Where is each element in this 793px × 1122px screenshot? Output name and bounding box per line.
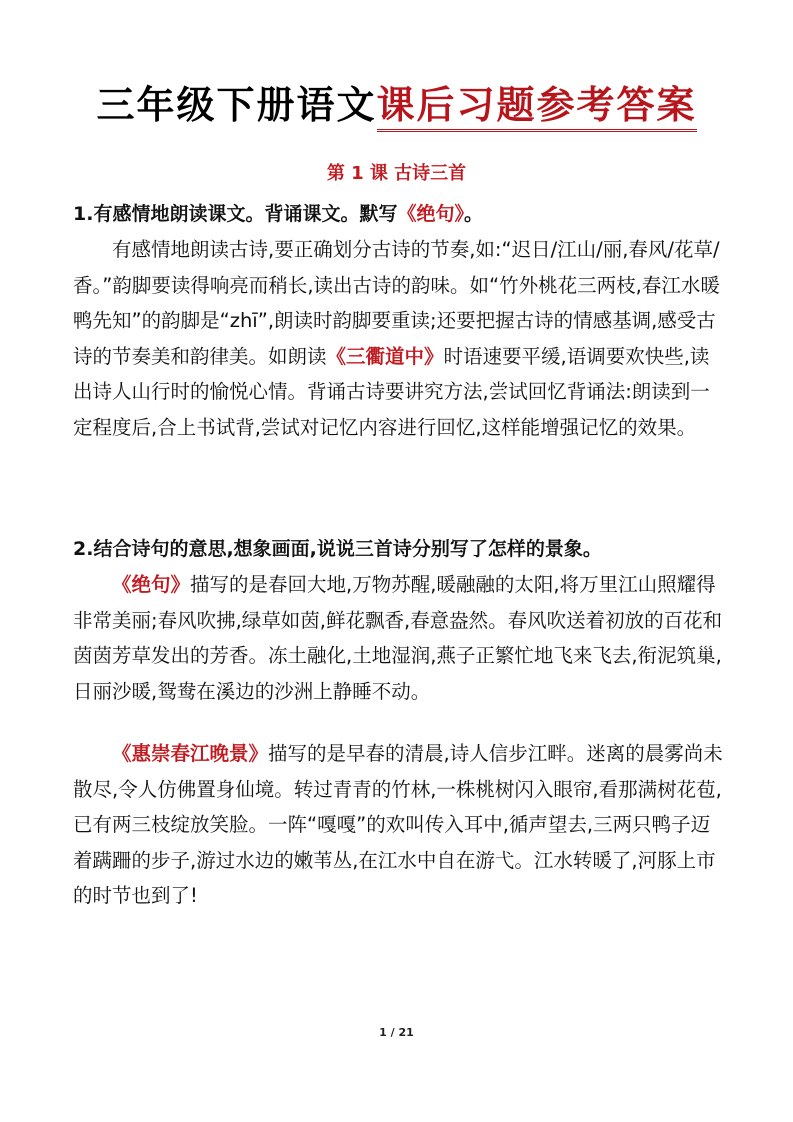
page-number: 1 / 21 [0,1026,793,1039]
question-2: 2.结合诗句的意思,想象画面,说说三首诗分别写了怎样的景象。 [73,535,602,563]
answer-1-poem: 《三衢道中》 [327,345,444,368]
answer-1: 有感情地朗读古诗,要正确划分古诗的节奏,如:“迟日/江山/丽,春风/花草/香。”… [73,232,723,445]
answer-2a: 《绝句》描写的是春回大地,万物苏醒,暖融融的太阳,将万里江山照耀得非常美丽;春风… [73,567,723,709]
question-1: 1.有感情地朗读课文。背诵课文。默写《绝句》。 [73,200,483,228]
document-title: 三年级下册语文课后习题参考答案 [0,80,793,130]
question-1-end: 。 [464,203,483,225]
answer-2b-poem: 《惠崇春江晚景》 [112,742,268,765]
answer-2b: 《惠崇春江晚景》描写的是早春的清晨,诗人信步江畔。迷离的晨雾尚未散尽,令人仿佛置… [73,736,723,914]
question-2-text: 2.结合诗句的意思,想象画面,说说三首诗分别写了怎样的景象。 [73,538,602,560]
title-subject: 课后习题参考答案 [377,83,697,132]
lesson-heading: 第 1 课 古诗三首 [0,160,793,188]
answer-2b-text: 描写的是早春的清晨,诗人信步江畔。迷离的晨雾尚未散尽,令人仿佛置身仙境。转过青青… [73,742,723,907]
answer-2a-poem: 《绝句》 [112,573,190,596]
question-1-text: 1.有感情地朗读课文。背诵课文。默写 [73,203,397,225]
question-1-poem: 《绝句》 [397,203,464,225]
title-grade: 三年级下册语文 [96,83,376,127]
